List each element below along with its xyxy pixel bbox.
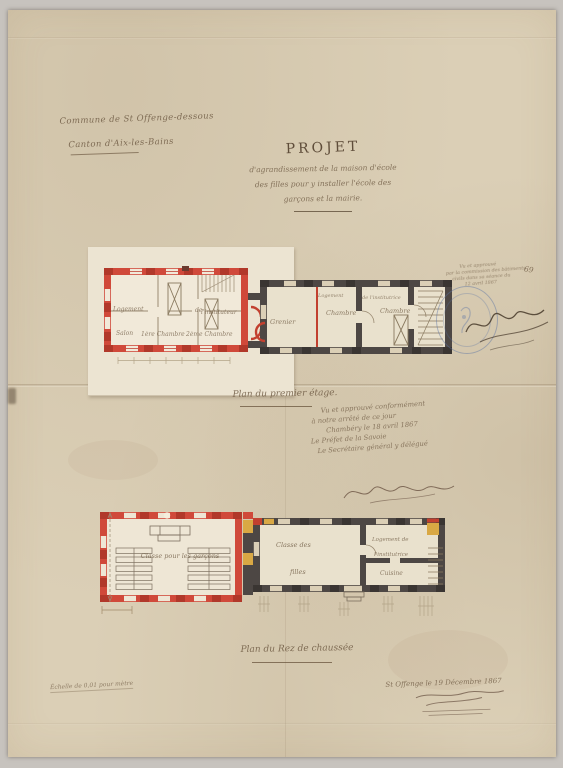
right-accent-ochre (427, 523, 439, 535)
stamp-signature (460, 298, 560, 353)
dimension-ticks-upper (118, 357, 230, 364)
old-building-first-floor (256, 280, 452, 354)
registration-number: 69 (523, 264, 534, 274)
new-building-ground-floor (100, 512, 242, 614)
corner-accent-ochre (264, 519, 274, 524)
ground-floor-caption-underline (252, 662, 332, 663)
canton-line: Canton d'Aix-les-Bains (68, 135, 215, 150)
room-label-classe-filles-2: filles (290, 568, 306, 576)
wall-roundel (164, 512, 170, 518)
commune-line: Commune de St Offenge-dessous (59, 111, 214, 126)
header-underline (71, 152, 139, 155)
entrance-steps (344, 592, 364, 601)
first-floor-caption: Plan du premier étage. (215, 388, 355, 400)
chimney-mark (182, 266, 189, 271)
title-block: PROJET d'agrandissement de la maison d'é… (223, 140, 423, 212)
room-label-salon: Salon (116, 330, 133, 337)
approval-annotation: Vu et approuvé conformément à notre arrê… (299, 396, 482, 456)
project-title: PROJET (223, 137, 423, 160)
scale-note: Échelle de 0,01 pour mètre (50, 680, 134, 693)
room-label-institutrice2: de l'institutrice (362, 295, 401, 301)
corner-accent-red (253, 518, 262, 525)
red-door-arc-1 (251, 307, 261, 317)
first-floor-caption-underline (240, 406, 312, 407)
room-label-logement2: Logement (318, 293, 343, 299)
first-floor-plan-drawing (88, 237, 468, 387)
room-label-logement: Logement (113, 306, 144, 313)
joint-column (243, 512, 253, 595)
room-label-logement-2: l'institutrice (374, 552, 408, 558)
title-sub-1: d'agrandissement de la maison d'école (223, 162, 423, 174)
architect-signature (386, 686, 537, 721)
room-label-cuisine: Cuisine (380, 570, 403, 577)
fold-crease-top (8, 37, 556, 39)
room-label-instituteur: l'instituteur (201, 309, 237, 316)
room-label-logement-1: Logement de (372, 537, 409, 543)
room-label-chambre1: 1ère Chambre (141, 331, 185, 338)
ground-floor-plan-drawing (88, 500, 468, 632)
room-label-chambre3: Chambre (326, 309, 356, 317)
room-label-classe-filles-1: Classe des (276, 541, 311, 549)
room-label-chambre4: Chambre (380, 307, 410, 315)
title-sub-2: des filles pour y installer l'école des (223, 177, 423, 189)
date-signature-block: St Offenge le 19 Décembre 1867 (385, 675, 551, 721)
right-accent-red (427, 519, 439, 523)
paper-stain-1 (68, 440, 158, 480)
room-label-classe-garcons: Classe pour les garçons (120, 552, 240, 560)
room-label-chambre2: 2ème Chambre (186, 331, 233, 338)
room-label-grenier: Grenier (270, 318, 295, 326)
dimension-ticks-left (102, 606, 132, 614)
old-building-ground-floor (253, 518, 445, 616)
title-sub-3: garçons et la mairie. (223, 192, 423, 204)
dimension-tick-groups (258, 596, 434, 616)
fold-crease-bottom (8, 723, 556, 725)
ground-floor-caption: Plan du Rez de chaussée (222, 643, 372, 656)
header-block: Commune de St Offenge-dessous Canton d'A… (59, 111, 215, 155)
edge-smudge (8, 388, 16, 404)
scanned-plan-sheet: Commune de St Offenge-dessous Canton d'A… (8, 10, 556, 757)
title-rule (294, 211, 352, 212)
